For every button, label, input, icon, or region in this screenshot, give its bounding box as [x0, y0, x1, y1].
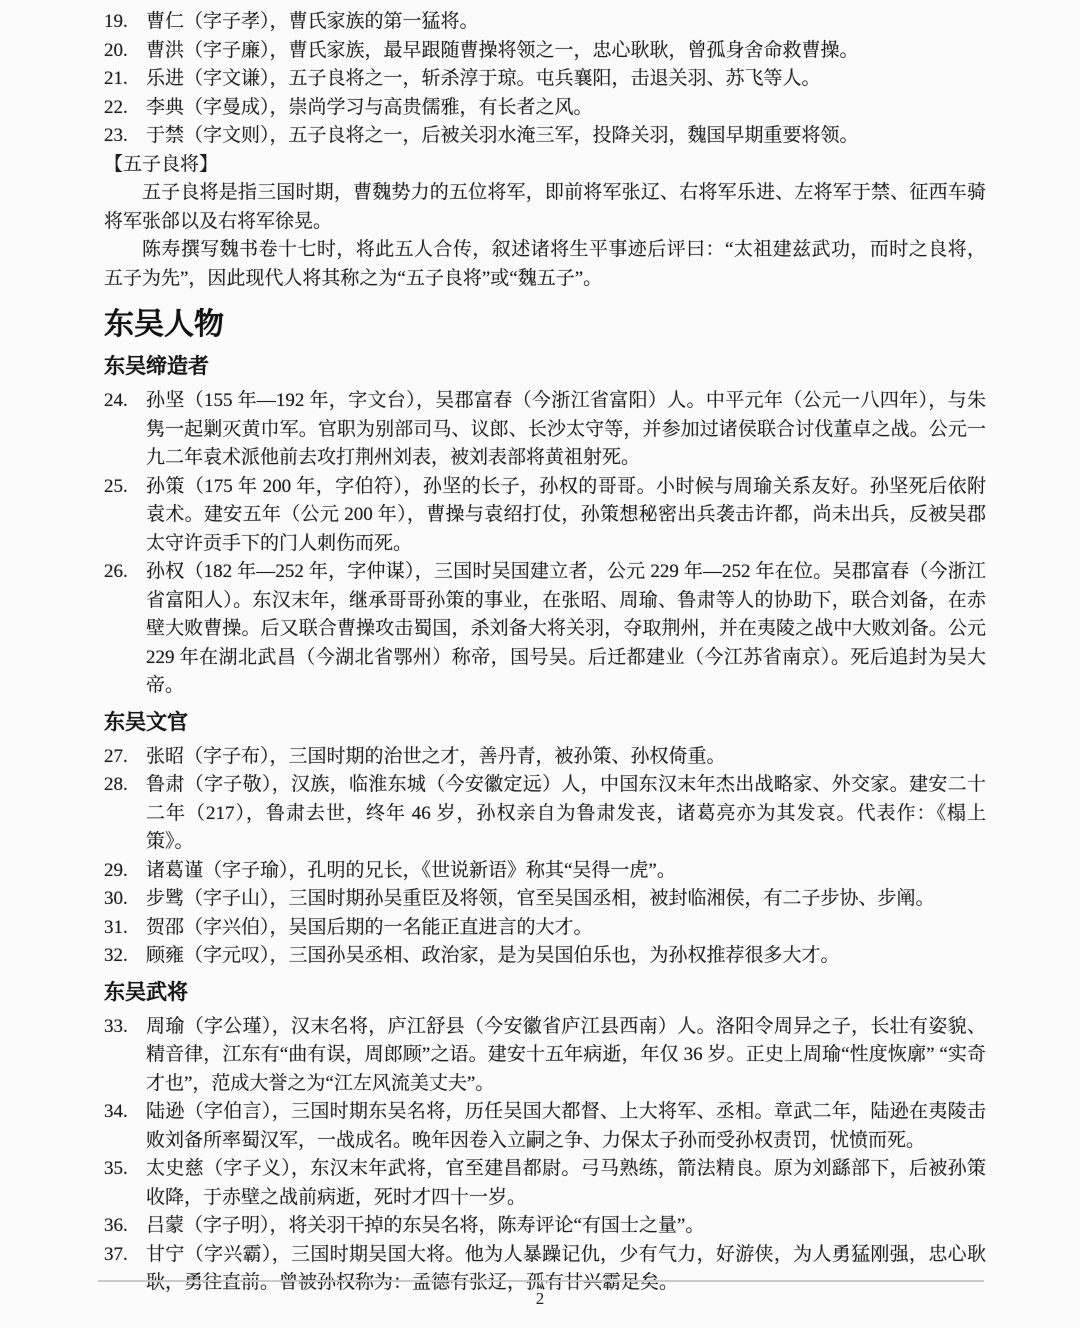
list-item: 29. 诸葛谨（字子瑜），孔明的兄长，《世说新语》称其“吴得一虎”。: [104, 857, 986, 886]
item-number: 28.: [104, 771, 146, 857]
list-item: 30. 步骘（字子山），三国时期孙吴重臣及将领，官至吴国丞相，被封临湘侯，有二子…: [104, 885, 986, 914]
item-text: 李典（字曼成），崇尚学习与高贵儒雅，有长者之风。: [146, 94, 986, 123]
founders-list: 24. 孙坚（155 年—192 年，字文台），吴郡富春（今浙江省富阳）人。中平…: [104, 387, 986, 701]
item-text: 顾雍（字元叹），三国孙吴丞相、政治家，是为吴国伯乐也，为孙权推荐很多大才。: [146, 942, 986, 971]
list-item: 20. 曹洪（字子廉），曹氏家族，最早跟随曹操将领之一，忠心耿耿，曾孤身舍命救曹…: [104, 37, 986, 66]
item-number: 30.: [104, 885, 146, 914]
section-title-dongwu: 东吴人物: [104, 305, 986, 345]
item-text: 孙权（182 年—252 年，字仲谋），三国时吴国建立者，公元 229 年—25…: [146, 558, 986, 701]
subsection-heading-civil-officials: 东吴文官: [104, 709, 986, 737]
wuzi-paragraph-1: 五子良将是指三国时期，曹魏势力的五位将军，即前将军张辽、右将军乐进、左将军于禁、…: [104, 179, 986, 236]
list-item: 25. 孙策（175 年 200 年，字伯符），孙坚的长子，孙权的哥哥。小时候与…: [104, 473, 986, 559]
item-text: 陆逊（字伯言），三国时期东吴名将，历任吴国大都督、上大将军、丞相。章武二年，陆逊…: [146, 1098, 986, 1155]
list-item: 27. 张昭（字子布），三国时期的治世之才，善丹青，被孙策、孙权倚重。: [104, 743, 986, 772]
wuzi-liangjiang-title: 【五子良将】: [104, 151, 986, 180]
item-text: 曹洪（字子廉），曹氏家族，最早跟随曹操将领之一，忠心耿耿，曾孤身舍命救曹操。: [146, 37, 986, 66]
item-text: 步骘（字子山），三国时期孙吴重臣及将领，官至吴国丞相，被封临湘侯，有二子步协、步…: [146, 885, 986, 914]
list-item: 33. 周瑜（字公瑾），汉末名将，庐江舒县（今安徽省庐江县西南）人。洛阳令周异之…: [104, 1013, 986, 1099]
item-number: 32.: [104, 942, 146, 971]
item-number: 21.: [104, 65, 146, 94]
list-item: 26. 孙权（182 年—252 年，字仲谋），三国时吴国建立者，公元 229 …: [104, 558, 986, 701]
item-number: 29.: [104, 857, 146, 886]
civil-officials-list: 27. 张昭（字子布），三国时期的治世之才，善丹青，被孙策、孙权倚重。 28. …: [104, 743, 986, 971]
item-text: 周瑜（字公瑾），汉末名将，庐江舒县（今安徽省庐江县西南）人。洛阳令周异之子，长壮…: [146, 1013, 986, 1099]
item-number: 34.: [104, 1098, 146, 1155]
list-item: 21. 乐进（字文谦），五子良将之一，斩杀淳于琼。屯兵襄阳，击退关羽、苏飞等人。: [104, 65, 986, 94]
item-number: 22.: [104, 94, 146, 123]
list-item: 35. 太史慈（字子义），东汉末年武将，官至建昌都尉。弓马熟练，箭法精良。原为刘…: [104, 1155, 986, 1212]
item-number: 20.: [104, 37, 146, 66]
wuzi-paragraph-2: 陈寿撰写魏书卷十七时，将此五人合传，叙述诸将生平事迹后评曰：“太祖建兹武功，而时…: [104, 236, 986, 293]
page-number: 2: [0, 1287, 1080, 1311]
subsection-heading-founders: 东吴缔造者: [104, 353, 986, 381]
list-item: 32. 顾雍（字元叹），三国孙吴丞相、政治家，是为吴国伯乐也，为孙权推荐很多大才…: [104, 942, 986, 971]
list-item: 19. 曹仁（字子孝），曹氏家族的第一猛将。: [104, 8, 986, 37]
item-text: 诸葛谨（字子瑜），孔明的兄长，《世说新语》称其“吴得一虎”。: [146, 857, 986, 886]
list-item: 22. 李典（字曼成），崇尚学习与高贵儒雅，有长者之风。: [104, 94, 986, 123]
item-number: 25.: [104, 473, 146, 559]
item-number: 19.: [104, 8, 146, 37]
list-item: 28. 鲁肃（字子敬），汉族，临淮东城（今安徽定远）人，中国东汉末年杰出战略家、…: [104, 771, 986, 857]
list-item: 31. 贺邵（字兴伯），吴国后期的一名能正直进言的大才。: [104, 914, 986, 943]
item-text: 张昭（字子布），三国时期的治世之才，善丹青，被孙策、孙权倚重。: [146, 743, 986, 772]
item-text: 于禁（字文则），五子良将之一，后被关羽水淹三军，投降关羽，魏国早期重要将领。: [146, 122, 986, 151]
item-text: 乐进（字文谦），五子良将之一，斩杀淳于琼。屯兵襄阳，击退关羽、苏飞等人。: [146, 65, 986, 94]
item-number: 35.: [104, 1155, 146, 1212]
military-generals-list: 33. 周瑜（字公瑾），汉末名将，庐江舒县（今安徽省庐江县西南）人。洛阳令周异之…: [104, 1013, 986, 1298]
footer-divider: [98, 1280, 984, 1282]
item-text: 鲁肃（字子敬），汉族，临淮东城（今安徽定远）人，中国东汉末年杰出战略家、外交家。…: [146, 771, 986, 857]
item-number: 23.: [104, 122, 146, 151]
item-number: 33.: [104, 1013, 146, 1099]
list-item: 36. 吕蒙（字子明），将关羽干掉的东吴名将，陈寿评论“有国士之量”。: [104, 1212, 986, 1241]
item-text: 贺邵（字兴伯），吴国后期的一名能正直进言的大才。: [146, 914, 986, 943]
list-item: 34. 陆逊（字伯言），三国时期东吴名将，历任吴国大都督、上大将军、丞相。章武二…: [104, 1098, 986, 1155]
item-number: 26.: [104, 558, 146, 701]
item-text: 孙坚（155 年—192 年，字文台），吴郡富春（今浙江省富阳）人。中平元年（公…: [146, 387, 986, 473]
list-item: 24. 孙坚（155 年—192 年，字文台），吴郡富春（今浙江省富阳）人。中平…: [104, 387, 986, 473]
item-number: 31.: [104, 914, 146, 943]
document-page: 19. 曹仁（字子孝），曹氏家族的第一猛将。 20. 曹洪（字子廉），曹氏家族，…: [0, 0, 1080, 1328]
list-item: 23. 于禁（字文则），五子良将之一，后被关羽水淹三军，投降关羽，魏国早期重要将…: [104, 122, 986, 151]
item-text: 吕蒙（字子明），将关羽干掉的东吴名将，陈寿评论“有国士之量”。: [146, 1212, 986, 1241]
item-text: 曹仁（字子孝），曹氏家族的第一猛将。: [146, 8, 986, 37]
page-content: 19. 曹仁（字子孝），曹氏家族的第一猛将。 20. 曹洪（字子廉），曹氏家族，…: [104, 8, 986, 1298]
item-number: 24.: [104, 387, 146, 473]
wei-generals-list: 19. 曹仁（字子孝），曹氏家族的第一猛将。 20. 曹洪（字子廉），曹氏家族，…: [104, 8, 986, 151]
item-number: 27.: [104, 743, 146, 772]
item-text: 孙策（175 年 200 年，字伯符），孙坚的长子，孙权的哥哥。小时候与周瑜关系…: [146, 473, 986, 559]
subsection-heading-military-generals: 东吴武将: [104, 979, 986, 1007]
item-text: 太史慈（字子义），东汉末年武将，官至建昌都尉。弓马熟练，箭法精良。原为刘繇部下，…: [146, 1155, 986, 1212]
item-number: 36.: [104, 1212, 146, 1241]
